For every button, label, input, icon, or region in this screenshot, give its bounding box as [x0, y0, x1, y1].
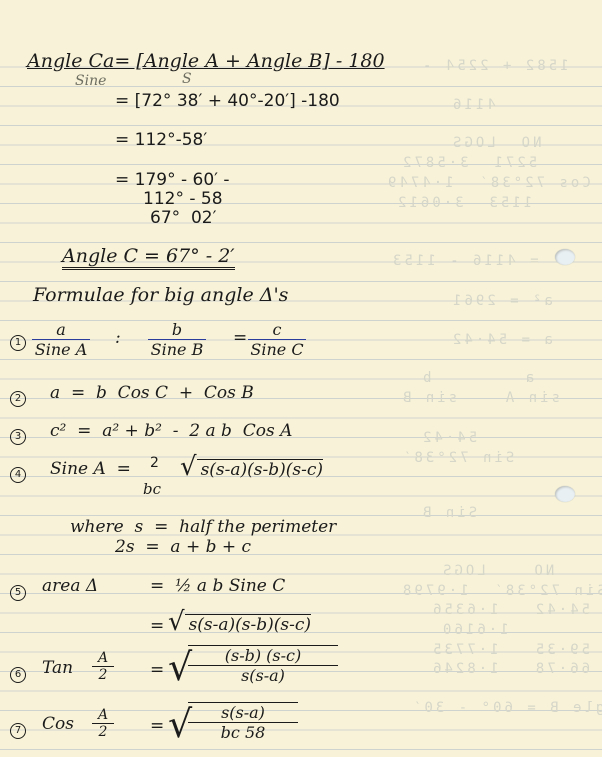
formula-1-fraction-a: a Sine A: [32, 320, 90, 359]
formulae-heading: Formulae for big angle Δ's: [33, 284, 288, 306]
bleed-through-line: 1582 + 2254 -: [420, 58, 569, 74]
formula-6-lhs: Tan: [42, 658, 73, 678]
angle-c-result: Angle C = 67° - 2′: [62, 245, 235, 267]
punch-hole-bottom: [555, 486, 575, 502]
bleed-through-line: 1·6160: [440, 622, 509, 638]
bleed-through-line: 5271 3·5872: [400, 155, 537, 171]
bleed-through-line: a = 54·42: [450, 332, 553, 348]
formula-4-coef-numerator: 2: [150, 455, 159, 471]
bleed-through-line: Sin 72°38′ 1·9798: [400, 583, 602, 599]
bleed-through-line: sin A sin B: [400, 390, 560, 406]
bleed-through-line: a b: [420, 370, 534, 386]
numerator: a: [32, 320, 90, 340]
bleed-through-line: Angle B = 60° - 30′: [410, 700, 602, 716]
bleed-through-line: 66·78 1·8246: [430, 661, 590, 677]
formula-4-number-badge: 4: [10, 467, 26, 483]
denominator: Sine B: [148, 340, 206, 359]
formula-4-number: 4: [10, 462, 26, 483]
denominator: bc 58: [188, 723, 298, 742]
bleed-through-line: 54·42: [420, 430, 477, 446]
sine-annotation: Sine: [75, 73, 106, 89]
angle-c-result-text: Angle C = 67° - 2′: [62, 245, 235, 270]
radicand: s(s-a)(s-b)(s-c): [197, 459, 323, 480]
calc-line-1-text: Angle Ca= [Angle A + Angle B] - 180: [27, 50, 385, 72]
formula-5-sqrt: √s(s-a)(s-b)(s-c): [168, 607, 311, 637]
denominator: 2: [92, 667, 114, 683]
formula-6-eq: =: [150, 660, 164, 680]
sqrt-icon: √: [168, 607, 185, 637]
formula-3-number-badge: 3: [10, 429, 26, 445]
formula-2-number: 2: [10, 386, 26, 407]
bleed-through-line: Sin 72°38′: [400, 450, 514, 466]
formula-5-eq: =: [150, 616, 164, 636]
formula-4-lhs: Sine A =: [50, 459, 131, 479]
formula-4-coef-denominator: bc: [143, 480, 161, 498]
formula-6-number-badge: 6: [10, 667, 26, 683]
formula-7-lhs: Cos: [42, 714, 74, 734]
formula-7-half-angle: A 2: [92, 707, 114, 740]
sine-annotation-s: S: [182, 71, 192, 87]
denominator: 2: [92, 724, 114, 740]
calc-line-2: = [72° 38′ + 40°-20′] -180: [115, 91, 340, 111]
formula-7-eq: =: [150, 716, 164, 736]
formula-1-number: 1: [10, 330, 26, 351]
paper-top-margin: [0, 0, 602, 48]
bleed-through-line: Cos 72°38′ 1·4749: [385, 175, 591, 191]
formula-1-sep-2: =: [233, 328, 247, 348]
calc-line-3: = 112°-58′: [115, 130, 207, 150]
formula-6-half-angle: A 2: [92, 650, 114, 683]
where-definition: where s = half the perimeter: [70, 517, 336, 537]
formula-5-number: 5: [10, 580, 26, 601]
formula-6-number: 6: [10, 662, 26, 683]
denominator: Sine A: [32, 340, 90, 359]
formula-7-number-badge: 7: [10, 723, 26, 739]
formula-1-fraction-c: c Sine C: [248, 320, 306, 359]
calc-line-5: 112° - 58: [143, 189, 223, 209]
numerator: s(s-a): [188, 703, 298, 723]
calc-line-angle-formula: Angle Ca= [Angle A + Angle B] - 180: [27, 50, 385, 72]
bleed-through-line: 59·35 1·7735: [430, 642, 590, 658]
bleed-through-line: a² = 2961: [450, 293, 553, 309]
bleed-through-line: 4116: [450, 97, 496, 113]
formula-2-number-badge: 2: [10, 391, 26, 407]
formula-5-rhs: = ½ a b Sine C: [150, 576, 285, 596]
bleed-through-line: NO LOGS: [450, 135, 541, 151]
formula-4-sqrt: √s(s-a)(s-b)(s-c): [180, 452, 323, 482]
formula-5-lhs: area Δ: [42, 576, 98, 596]
formula-5-number-badge: 5: [10, 585, 26, 601]
formula-7-number: 7: [10, 718, 26, 739]
bleed-through-line: 54·42 1·6356: [430, 602, 590, 618]
bleed-through-line: Sin B: [420, 505, 477, 521]
denominator: s(s-a): [188, 666, 338, 685]
numerator: A: [92, 650, 114, 667]
formula-3-text: c² = a² + b² - 2 a b Cos A: [50, 421, 292, 441]
where-perimeter: 2s = a + b + c: [115, 537, 251, 557]
bleed-through-line: 1153 3·0612: [395, 195, 532, 211]
numerator: c: [248, 320, 306, 340]
formula-3-number: 3: [10, 424, 26, 445]
radicand: s(s-a)(s-b)(s-c): [185, 614, 311, 635]
formula-7-radicand: s(s-a) bc 58: [188, 702, 298, 742]
calc-line-6: 67° 02′: [150, 208, 216, 228]
formula-1-sep-1: :: [115, 328, 121, 348]
formula-6-radicand: (s-b) (s-c) s(s-a): [188, 645, 338, 685]
numerator: (s-b) (s-c): [188, 646, 338, 666]
formula-1-number-badge: 1: [10, 335, 26, 351]
formula-1-fraction-b: b Sine B: [148, 320, 206, 359]
calc-line-4: = 179° - 60′ -: [115, 170, 230, 190]
bleed-through-line: = 4116 - 1153: [390, 253, 539, 269]
sqrt-icon: √: [180, 452, 197, 482]
bleed-through-line: NO LOGS: [440, 563, 554, 579]
numerator: A: [92, 707, 114, 724]
denominator: Sine C: [248, 340, 306, 359]
formula-2-text: a = b Cos C + Cos B: [50, 383, 254, 403]
punch-hole-top: [555, 249, 575, 265]
numerator: b: [148, 320, 206, 340]
